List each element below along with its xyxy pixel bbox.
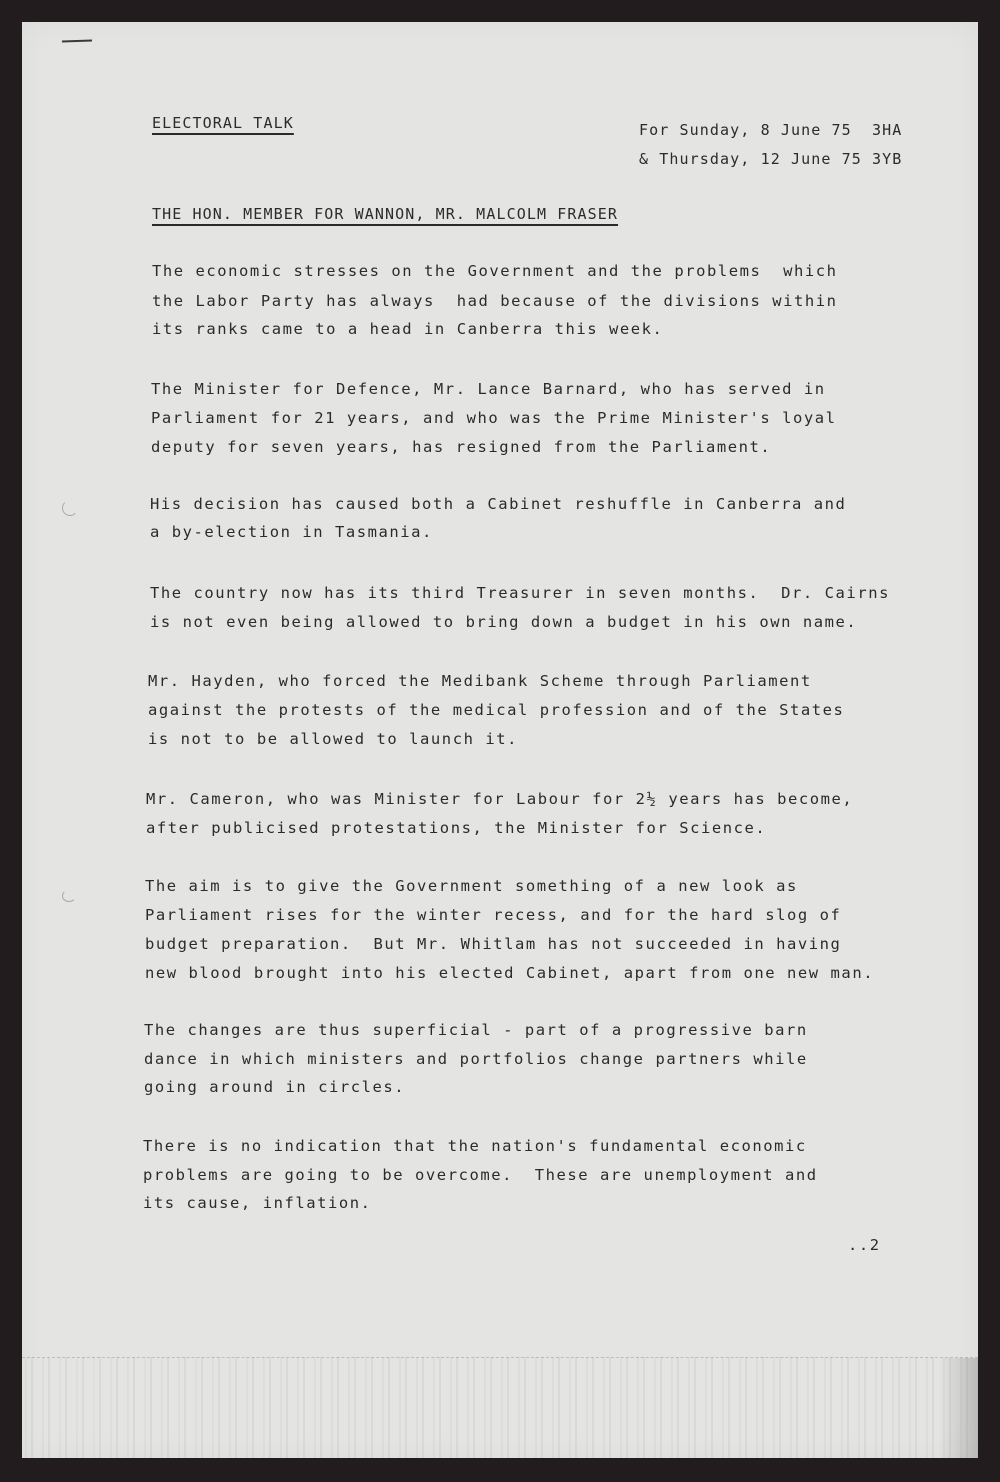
paragraph-line: deputy for seven years, has resigned fro…: [151, 440, 771, 456]
pencil-mark: [62, 500, 78, 516]
paragraph-line: budget preparation. But Mr. Whitlam has …: [145, 937, 841, 953]
document-subheading: THE HON. MEMBER FOR WANNON, MR. MALCOLM …: [152, 207, 618, 222]
page-continuation: ..2: [848, 1238, 881, 1254]
paragraph-line: Mr. Cameron, who was Minister for Labour…: [146, 792, 853, 808]
paragraph-line: new blood brought into his elected Cabin…: [145, 966, 874, 982]
paragraph-line: The changes are thus superficial - part …: [144, 1023, 808, 1039]
paragraph-line: problems are going to be overcome. These…: [143, 1168, 818, 1184]
paragraph-line: The aim is to give the Government someth…: [145, 879, 798, 895]
paragraph-line: The Minister for Defence, Mr. Lance Barn…: [151, 382, 826, 398]
paragraph-line: is not even being allowed to bring down …: [150, 615, 857, 631]
scan-artifact: [22, 1357, 978, 1458]
paragraph-line: The economic stresses on the Government …: [152, 264, 838, 280]
paragraph-line: Parliament rises for the winter recess, …: [145, 908, 841, 924]
paragraph-line: The country now has its third Treasurer …: [150, 586, 890, 602]
paragraph-line: a by-election in Tasmania.: [150, 525, 433, 541]
paragraph-line: its cause, inflation.: [143, 1196, 372, 1212]
ink-dash-mark: [62, 39, 92, 42]
paragraph-line: Parliament for 21 years, and who was the…: [151, 411, 837, 427]
document-heading: ELECTORAL TALK: [152, 116, 294, 131]
paragraph-line: is not to be allowed to launch it.: [148, 732, 518, 748]
paragraph-line: its ranks came to a head in Canberra thi…: [152, 322, 663, 338]
pencil-mark: [62, 890, 76, 902]
scan-artifact: [938, 1358, 978, 1458]
paragraph-line: His decision has caused both a Cabinet r…: [150, 497, 846, 513]
paragraph-line: Mr. Hayden, who forced the Medibank Sche…: [148, 674, 812, 690]
paragraph-line: the Labor Party has always had because o…: [152, 294, 838, 310]
paragraph-line: going around in circles.: [144, 1080, 405, 1096]
paragraph-line: after publicised protestations, the Mini…: [146, 821, 766, 837]
document-page: ELECTORAL TALK For Sunday, 8 June 75 3HA…: [22, 22, 978, 1458]
paragraph-line: against the protests of the medical prof…: [148, 703, 844, 719]
broadcast-line: & Thursday, 12 June 75 3YB: [639, 152, 902, 167]
paragraph-line: There is no indication that the nation's…: [143, 1139, 807, 1155]
broadcast-line: For Sunday, 8 June 75 3HA: [639, 123, 902, 138]
paragraph-line: dance in which ministers and portfolios …: [144, 1052, 808, 1068]
